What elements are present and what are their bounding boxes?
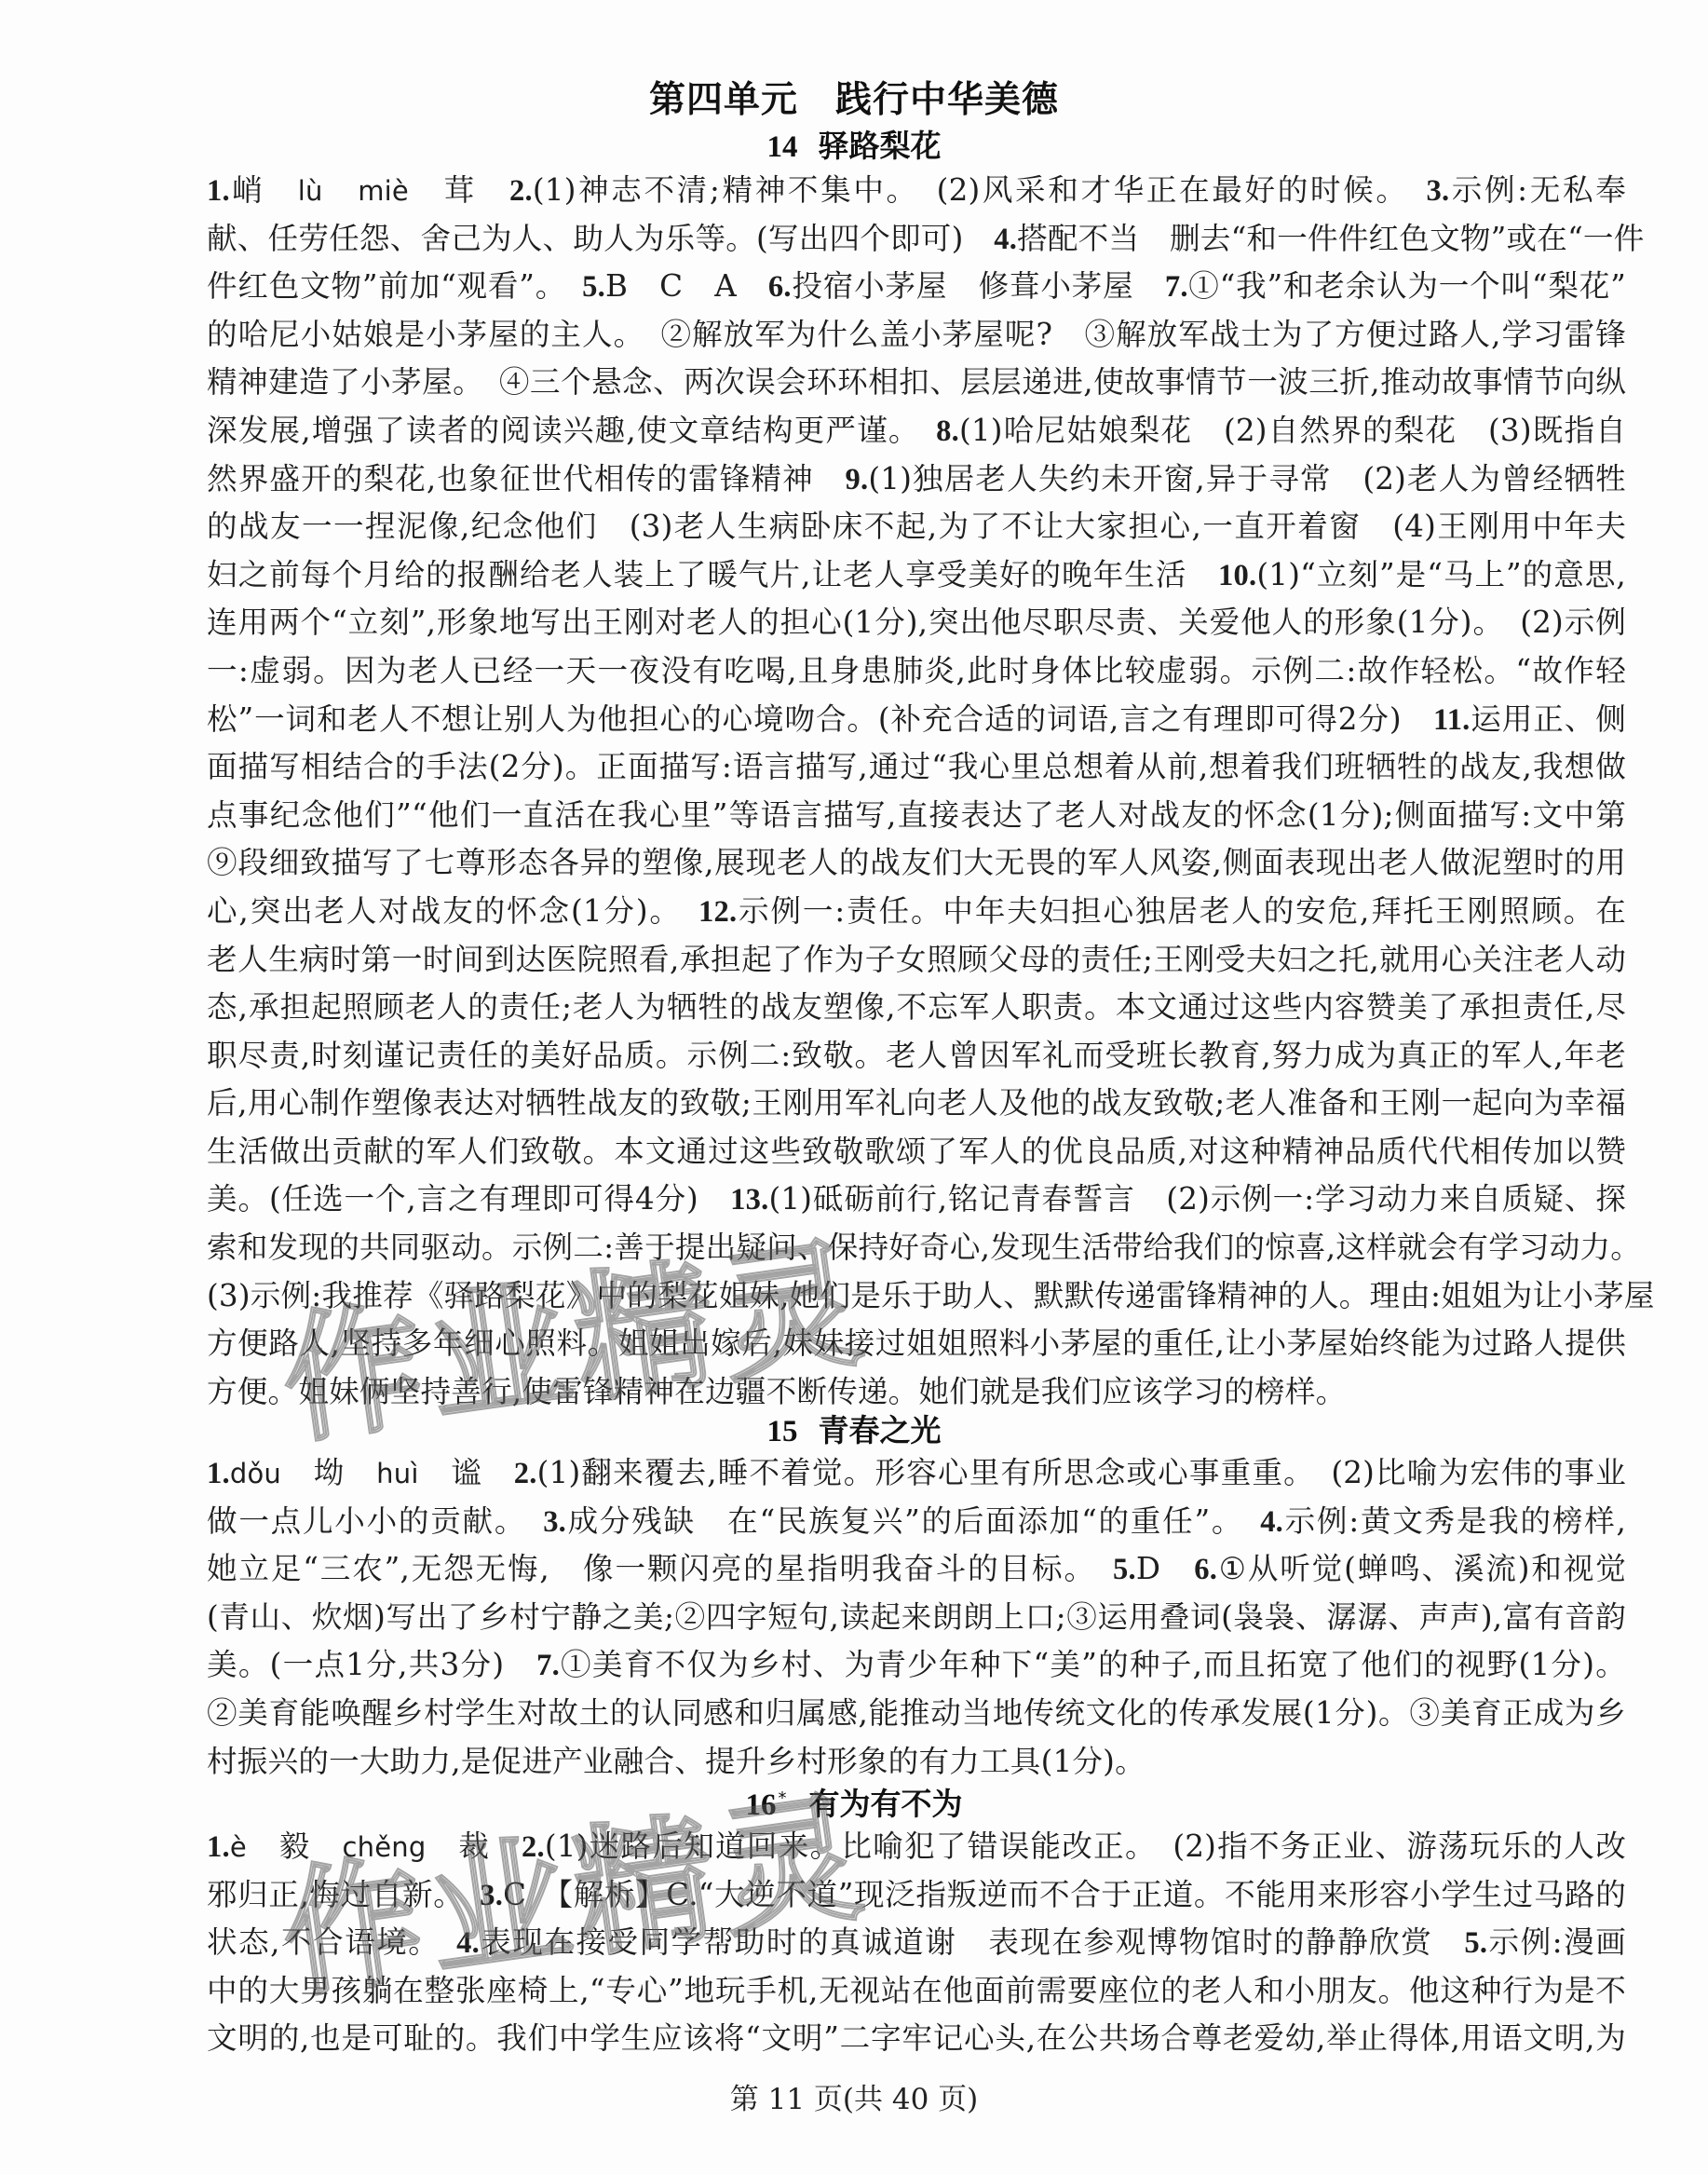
answer-line: 心,突出老人对战友的怀念(1分)。 12.示例一:责任。中年夫妇担心独居老人的安… [207, 888, 1626, 936]
answer-line: 精神建造了小茅屋。 ④三个悬念、两次误会环环相扣、层层递进,使故事情节一波三折,… [207, 359, 1626, 407]
answer-line: 的战友一一捏泥像,纪念他们 (3)老人生病卧床不起,为了不让大家担心,一直开着窗… [207, 503, 1626, 551]
answer-key-page: 第四单元践行中华美德 14驿路梨花 1.峭 lù miè 茸 2.(1)神志不清… [0, 0, 1708, 2175]
section-number: 15 [767, 1415, 798, 1448]
section-title-16: 16*有为有不为 [0, 1780, 1708, 1824]
answer-line: 献、任劳任怨、舍己为人、助人为乐等。(写出四个即可) 4.搭配不当 删去“和一件… [207, 215, 1626, 264]
answer-line: 的哈尼小姑娘是小茅屋的主人。 ②解放军为什么盖小茅屋呢? ③解放军战士为了方便过… [207, 311, 1626, 360]
answer-line: 深发展,增强了读者的阅读兴趣,使文章结构更严谨。 8.(1)哈尼姑娘梨花 (2)… [207, 407, 1626, 455]
optional-marker: * [779, 1788, 787, 1808]
answer-line: 面描写相结合的手法(2分)。正面描写:语言描写,通过“我心里总想着从前,想着我们… [207, 743, 1626, 792]
answer-line: 美。(任选一个,言之有理即可得4分) 13.(1)砥砺前行,铭记青春誓言 (2)… [207, 1176, 1626, 1224]
answer-line: 职尽责,时刻谨记责任的美好品质。示例二:致敬。老人曾因军礼而受班长教育,努力成为… [207, 1032, 1626, 1081]
answer-line: 索和发现的共同驱动。示例二:善于提出疑问、保持好奇心,发现生活带给我们的惊喜,这… [207, 1224, 1626, 1272]
section-name: 有为有不为 [809, 1786, 963, 1822]
answer-line: ②美育能唤醒乡村学生对故土的认同感和归属感,能推动当地传统文化的传承发展(1分)… [207, 1690, 1626, 1738]
answer-line: 一:虚弱。因为老人已经一天一夜没有吃喝,且身患肺炎,此时身体比较虚弱。示例二:故… [207, 647, 1626, 696]
answer-line: 村振兴的一大助力,是促进产业融合、提升乡村形象的有力工具(1分)。 [207, 1738, 1626, 1787]
section-title-14: 14驿路梨花 [0, 122, 1708, 166]
answer-line: 连用两个“立刻”,形象地写出王刚对老人的担心(1分),突出他尽职尽责、关爱他人的… [207, 599, 1626, 647]
answer-line: 中的大男孩躺在整张座椅上,“专心”地玩手机,无视站在他面前需要座位的老人和小朋友… [207, 1967, 1626, 2016]
answer-line: (青山、炊烟)写出了乡村宁静之美;②四字短句,读起来朗朗上口;③运用叠词(袅袅、… [207, 1594, 1626, 1642]
answer-line: 后,用心制作塑像表达对牺牲战友的致敬;王刚用军礼向老人及他的战友致敬;老人准备和… [207, 1080, 1626, 1128]
section-title-15: 15青春之光 [0, 1407, 1708, 1450]
section-body-16: 1.è 毅 chěng 裁 2.(1)迷路后知道回来。比喻犯了错误能改正。 (2… [207, 1823, 1626, 2063]
answer-line: 状态,不合语境。 4.表现在接受同学帮助时的真诚道谢 表现在参观博物馆时的静静欣… [207, 1919, 1626, 1967]
answer-line: 松”一词和老人不想让别人为他担心的心境吻合。(补充合适的词语,言之有理即可得2分… [207, 696, 1626, 744]
answer-line: 邪归正,悔过自新。 3.C 【解析】C.“大逆不道”现泛指叛逆而不合于正道。不能… [207, 1871, 1626, 1920]
answer-line: 生活做出贡献的军人们致敬。本文通过这些致敬歌颂了军人的优良品质,对这种精神品质代… [207, 1128, 1626, 1176]
answer-line: 点事纪念他们”“他们一直活在我心里”等语言描写,直接表达了老人对战友的怀念(1分… [207, 792, 1626, 840]
answer-line: 美。(一点1分,共3分) 7.①美育不仅为乡村、为青少年种下“美”的种子,而且拓… [207, 1641, 1626, 1690]
answer-line: 方便路人,坚持多年细心照料。姐姐出嫁后,妹妹接过姐姐照料小茅屋的重任,让小茅屋始… [207, 1320, 1626, 1368]
unit-title: 第四单元践行中华美德 [0, 71, 1708, 123]
answer-line: 老人生病时第一时间到达医院照看,承担起了作为子女照顾父母的责任;王刚受夫妇之托,… [207, 936, 1626, 985]
unit-theme: 践行中华美德 [835, 79, 1059, 121]
answer-line: 1.è 毅 chěng 裁 2.(1)迷路后知道回来。比喻犯了错误能改正。 (2… [207, 1823, 1626, 1871]
section-number: 16 [746, 1788, 777, 1822]
answer-line: (3)示例:我推荐《驿路梨花》中的梨花姐妹,她们是乐于助人、默默传递雷锋精神的人… [207, 1272, 1626, 1321]
answer-line: 文明的,也是可耻的。我们中学生应该将“文明”二字牢记心头,在公共场合尊老爱幼,举… [207, 2015, 1626, 2063]
answer-line: 件红色文物”前加“观看”。 5.B C A 6.投宿小茅屋 修葺小茅屋 7.①“… [207, 263, 1626, 311]
section-name: 青春之光 [819, 1412, 942, 1448]
section-body-15: 1.dǒu 坳 huì 谧 2.(1)翻来覆去,睡不着觉。形容心里有所思念或心事… [207, 1449, 1626, 1786]
answer-line: 态,承担起照顾老人的责任;老人为牺牲的战友塑像,不忘军人职责。本文通过这些内容赞… [207, 984, 1626, 1032]
answer-line: 然界盛开的梨花,也象征世代相传的雷锋精神 9.(1)独居老人失约未开窗,异于寻常… [207, 455, 1626, 504]
answer-line: 做一点儿小小的贡献。 3.成分残缺 在“民族复兴”的后面添加“的重任”。 4.示… [207, 1498, 1626, 1546]
answer-line: 她立足“三农”,无怨无悔, 像一颗闪亮的星指明我奋斗的目标。 5.D 6.①从听… [207, 1545, 1626, 1594]
page-footer: 第 11 页(共 40 页) [0, 2075, 1708, 2117]
answer-line: 1.dǒu 坳 huì 谧 2.(1)翻来覆去,睡不着觉。形容心里有所思念或心事… [207, 1449, 1626, 1498]
answer-line: ⑨段细致描写了七尊形态各异的塑像,展现老人的战友们大无畏的军人风姿,侧面表现出老… [207, 839, 1626, 888]
section-body-14: 1.峭 lù miè 茸 2.(1)神志不清;精神不集中。 (2)风采和才华正在… [207, 167, 1626, 1416]
section-name: 驿路梨花 [819, 128, 942, 164]
answer-line: 1.峭 lù miè 茸 2.(1)神志不清;精神不集中。 (2)风采和才华正在… [207, 167, 1626, 215]
unit-number: 第四单元 [649, 79, 798, 121]
answer-line: 妇之前每个月给的报酬给老人装上了暖气片,让老人享受美好的晚年生活 10.(1)“… [207, 551, 1626, 600]
section-number: 14 [767, 130, 798, 164]
